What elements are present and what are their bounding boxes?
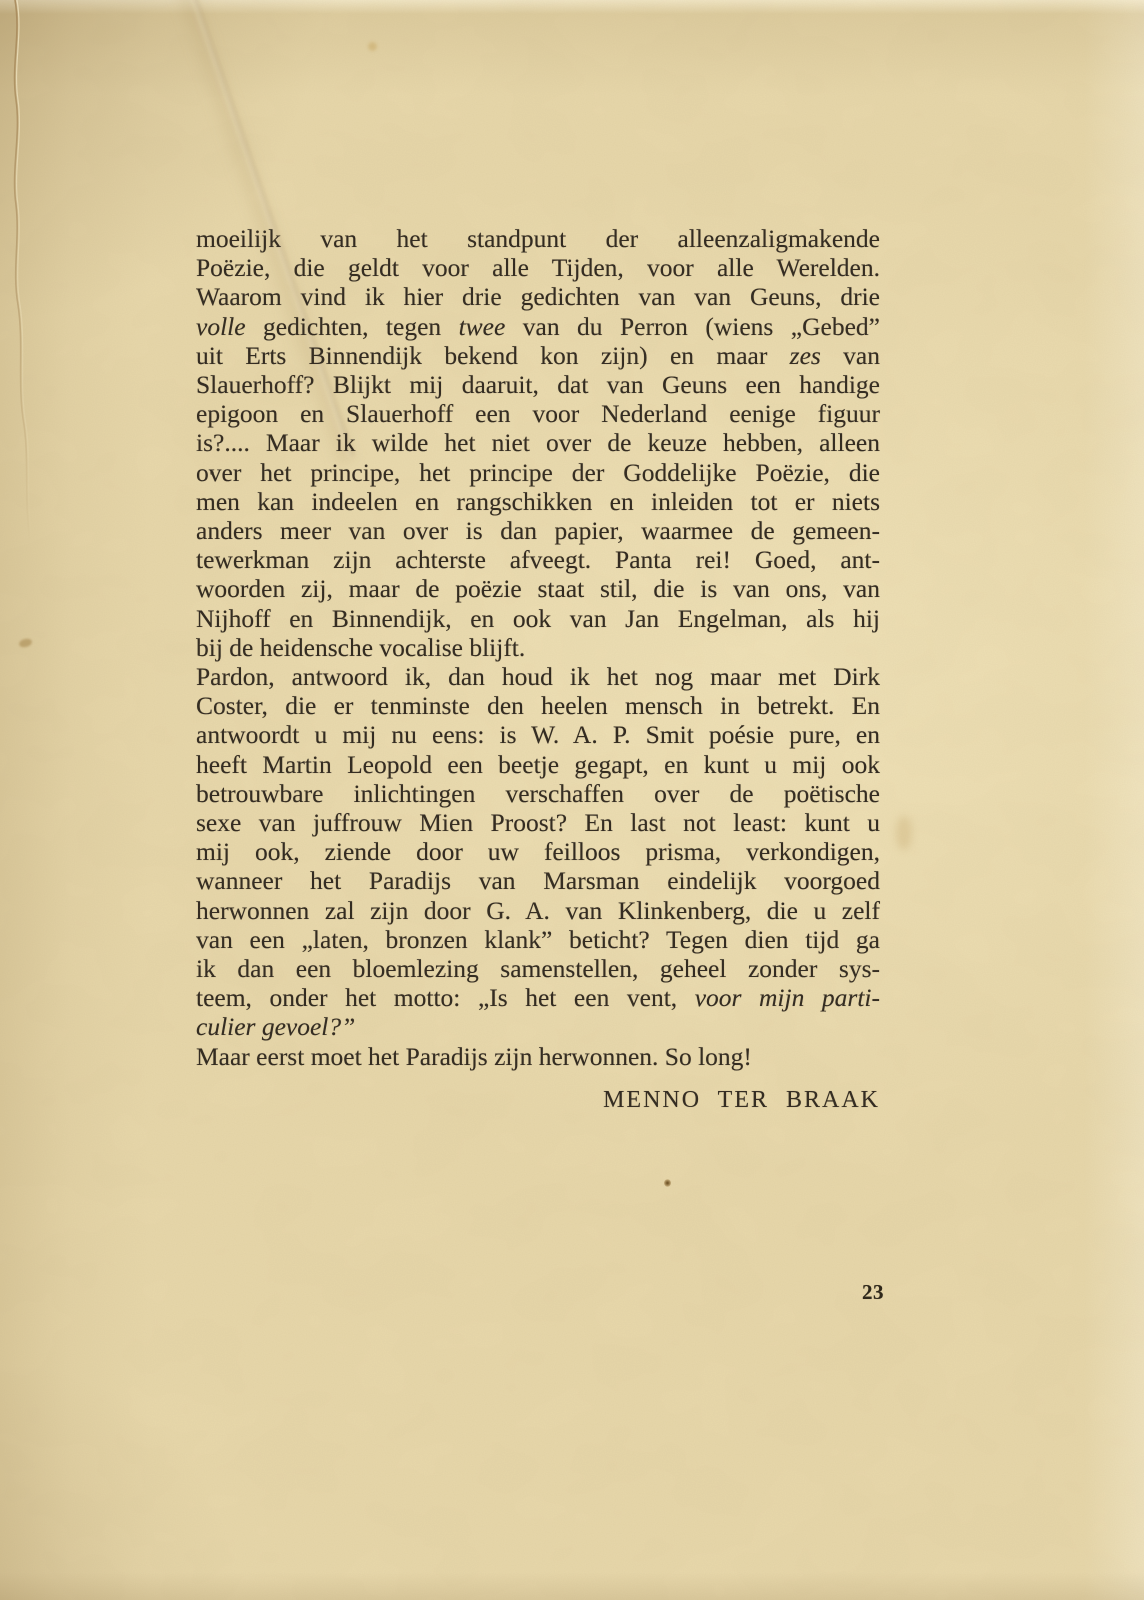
text-line: uit Erts Binnendijk bekend kon zijn) en … <box>196 341 880 370</box>
text-segment: over het principe, het principe der Godd… <box>196 458 880 487</box>
text-line: Nijhoff en Binnendijk, en ook van Jan En… <box>196 604 880 633</box>
text-segment: Poëzie, die geldt voor alle Tijden, voor… <box>196 253 880 282</box>
text-segment: bij de heidensche vocalise blijft. <box>196 633 525 662</box>
text-line: Maar eerst moet het Paradijs zijn herwon… <box>196 1042 880 1071</box>
text-line: ik dan een bloemlezing samenstellen, geh… <box>196 954 880 983</box>
text-segment: epigoon en Slauerhoff een voor Nederland… <box>196 399 880 428</box>
text-block: moeilijk van het standpunt der alleenzal… <box>196 224 880 1071</box>
text-segment: moeilijk van het standpunt der alleenzal… <box>196 224 880 253</box>
text-segment: anders meer van over is dan papier, waar… <box>196 516 880 545</box>
text-line: mij ook, ziende door uw feilloos prisma,… <box>196 837 880 866</box>
text-segment: Nijhoff en Binnendijk, en ook van Jan En… <box>196 604 880 633</box>
text-segment: men kan indeelen en rangschikken en inle… <box>196 487 880 516</box>
text-line: antwoordt u mij nu eens: is W. A. P. Smi… <box>196 720 880 749</box>
text-line: is?.... Maar ik wilde het niet over de k… <box>196 428 880 457</box>
text-line: culier gevoel?” <box>196 1012 880 1041</box>
text-segment: Slauerhoff? Blijkt mij daaruit, dat van … <box>196 370 880 399</box>
text-line: Coster, die er tenminste den heelen mens… <box>196 691 880 720</box>
paper-stain <box>896 816 912 850</box>
text-line: wanneer het Paradijs van Marsman eindeli… <box>196 866 880 895</box>
text-line: men kan indeelen en rangschikken en inle… <box>196 487 880 516</box>
paper-tear-line <box>0 0 90 560</box>
text-segment: is?.... Maar ik wilde het niet over de k… <box>196 428 880 457</box>
page-number: 23 <box>862 1280 884 1305</box>
text-line: anders meer van over is dan papier, waar… <box>196 516 880 545</box>
text-segment: heeft Martin Leopold een beetje gegapt, … <box>196 750 880 779</box>
paper-stain <box>368 42 377 51</box>
text-segment: van <box>821 341 880 370</box>
text-segment: sexe van juffrouw Mien Proost? En last n… <box>196 808 880 837</box>
text-segment: Pardon, antwoord ik, dan houd ik het nog… <box>196 662 880 691</box>
italic-text: zes <box>790 341 821 370</box>
text-segment: wanneer het Paradijs van Marsman eindeli… <box>196 866 880 895</box>
text-segment: uit Erts Binnendijk bekend kon zijn) en … <box>196 341 790 370</box>
text-line: herwonnen zal zijn door G. A. van Klinke… <box>196 896 880 925</box>
text-segment: tewerkman zijn achterste afveegt. Panta … <box>196 545 880 574</box>
text-line: van een „laten, bronzen klank” beticht? … <box>196 925 880 954</box>
italic-text: voor mijn parti- <box>695 983 880 1012</box>
text-line: Pardon, antwoord ik, dan houd ik het nog… <box>196 662 880 691</box>
text-segment: teem, onder het motto: „Is het een vent, <box>196 983 695 1012</box>
text-segment: Coster, die er tenminste den heelen mens… <box>196 691 880 720</box>
text-line: volle gedichten, tegen twee van du Perro… <box>196 312 880 341</box>
text-segment: ik dan een bloemlezing samenstellen, geh… <box>196 954 880 983</box>
text-line: epigoon en Slauerhoff een voor Nederland… <box>196 399 880 428</box>
text-segment: gedichten, tegen <box>246 312 459 341</box>
text-line: Slauerhoff? Blijkt mij daaruit, dat van … <box>196 370 880 399</box>
text-line: moeilijk van het standpunt der alleenzal… <box>196 224 880 253</box>
text-line: tewerkman zijn achterste afveegt. Panta … <box>196 545 880 574</box>
italic-text: twee <box>459 312 506 341</box>
author-signature: MENNO TER BRAAK <box>196 1087 880 1114</box>
italic-text: volle <box>196 312 246 341</box>
text-segment: herwonnen zal zijn door G. A. van Klinke… <box>196 896 880 925</box>
text-segment: van du Perron (wiens „Gebed” <box>505 312 880 341</box>
text-line: Poëzie, die geldt voor alle Tijden, voor… <box>196 253 880 282</box>
text-segment: mij ook, ziende door uw feilloos prisma,… <box>196 837 880 866</box>
text-segment: van een „laten, bronzen klank” beticht? … <box>196 925 880 954</box>
italic-text: culier gevoel?” <box>196 1012 355 1041</box>
text-line: sexe van juffrouw Mien Proost? En last n… <box>196 808 880 837</box>
text-segment: Maar eerst moet het Paradijs zijn herwon… <box>196 1042 752 1071</box>
text-segment: betrouwbare inlichtingen verschaffen ove… <box>196 779 880 808</box>
paper-stain <box>18 637 33 648</box>
text-line: over het principe, het principe der Godd… <box>196 458 880 487</box>
text-line: bij de heidensche vocalise blijft. <box>196 633 880 662</box>
text-segment: Waarom vind ik hier drie gedichten van v… <box>196 282 880 311</box>
text-line: woorden zij, maar de poëzie staat stil, … <box>196 574 880 603</box>
text-line: betrouwbare inlichtingen verschaffen ove… <box>196 779 880 808</box>
text-line: heeft Martin Leopold een beetje gegapt, … <box>196 750 880 779</box>
text-segment: antwoordt u mij nu eens: is W. A. P. Smi… <box>196 720 880 749</box>
text-line: Waarom vind ik hier drie gedichten van v… <box>196 282 880 311</box>
text-segment: woorden zij, maar de poëzie staat stil, … <box>196 574 880 603</box>
book-page: moeilijk van het standpunt der alleenzal… <box>0 0 1144 1600</box>
paper-stain <box>664 1179 671 1187</box>
text-line: teem, onder het motto: „Is het een vent,… <box>196 983 880 1012</box>
